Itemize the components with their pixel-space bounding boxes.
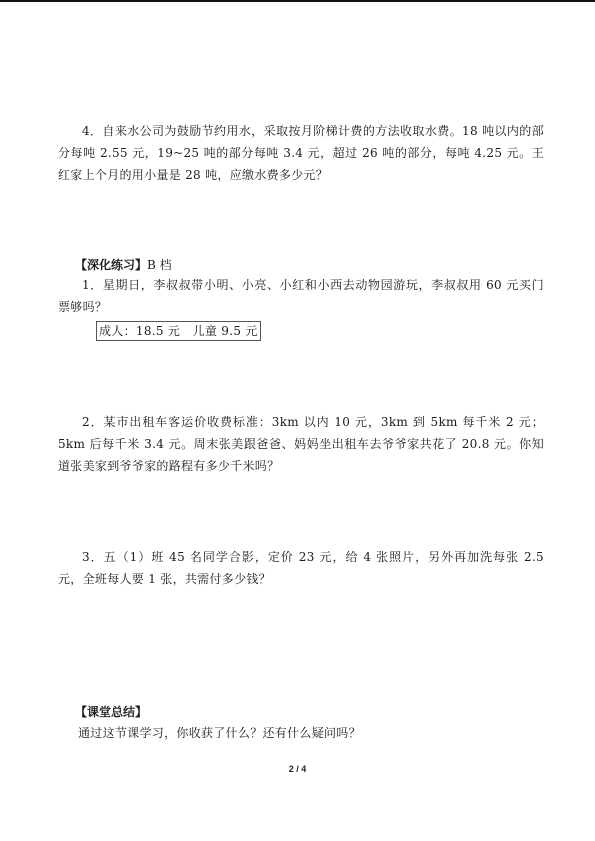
page-number: 2 / 4	[0, 763, 595, 775]
deepening-section-title: 【深化练习】	[75, 258, 147, 272]
top-border-line	[0, 0, 595, 2]
deepening-section-level: B 档	[147, 258, 172, 272]
summary-section-text: 通过这节课学习，你收获了什么？还有什么疑问吗？	[78, 724, 361, 742]
deepening-problem-1-text: 1．星期日，李叔叔带小明、小亮、小红和小西去动物园游玩，李叔叔用 60 元买门票…	[58, 274, 544, 318]
ticket-price-box: 成人：18.5 元 儿童 9.5 元	[96, 321, 261, 341]
deepening-problem-2-text: 2．某市出租车客运价收费标准：3km 以内 10 元，3km 到 5km 每千米…	[58, 411, 544, 477]
deepening-section-heading: 【深化练习】B 档	[75, 256, 172, 274]
deepening-problem-3-text: 3．五（1）班 45 名同学合影，定价 23 元，给 4 张照片，另外再加洗每张…	[58, 546, 544, 590]
summary-section-heading: 【课堂总结】	[75, 703, 147, 721]
problem-4-text: 4．自来水公司为鼓励节约用水，采取按月阶梯计费的方法收取水费。18 吨以内的部分…	[58, 120, 544, 186]
summary-section-title: 【课堂总结】	[75, 705, 147, 719]
